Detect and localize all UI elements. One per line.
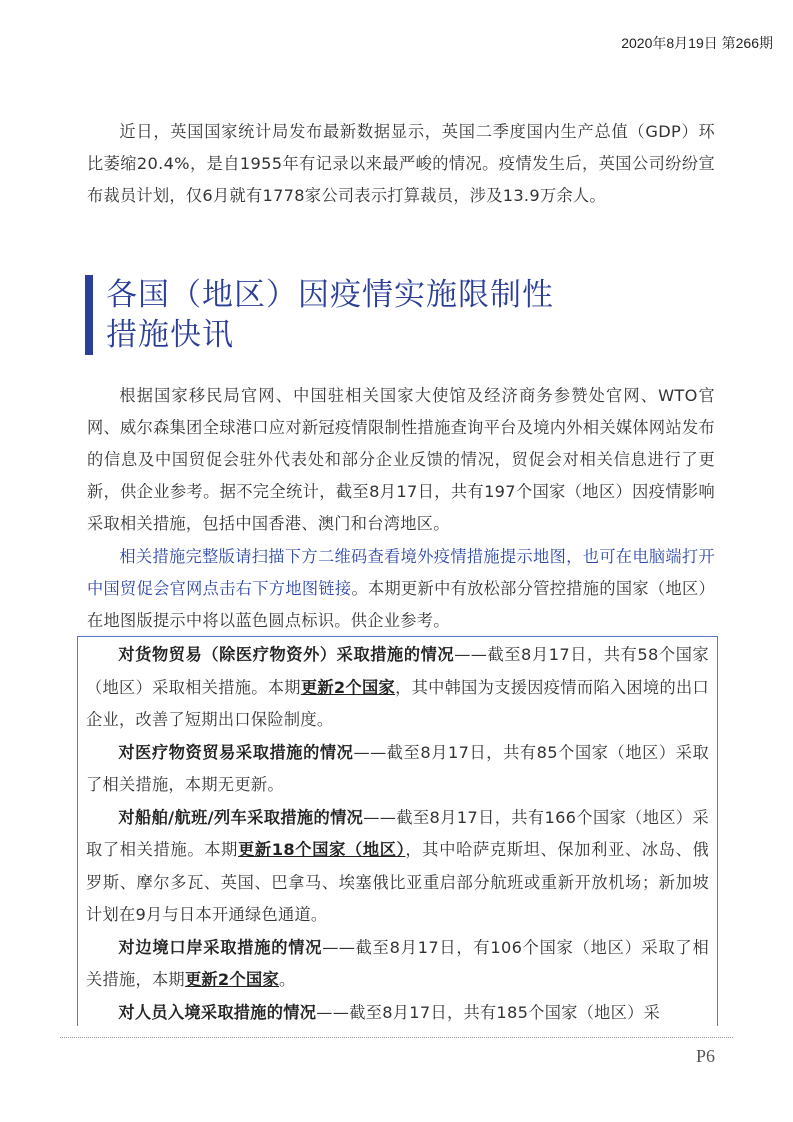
footer-divider [60, 1037, 733, 1038]
measure-heading: 对医疗物资贸易采取措施的情况 [118, 743, 353, 762]
measure-item-border-ports: 对边境口岸采取措施的情况——截至8月17日，有106个国家（地区）采取了相关措施… [78, 932, 717, 997]
issue-date-header: 2020年8月19日 第266期 [621, 33, 773, 53]
measure-update-highlight: 更新2个国家 [185, 970, 279, 989]
section-title: 各国（地区）因疫情实施限制性措施快讯 [85, 275, 576, 355]
measure-item-transport: 对船舶/航班/列车采取措施的情况——截至8月17日，共有166个国家（地区）采取… [78, 802, 717, 932]
measure-text: ——截至8月17日，共有185个国家（地区）采 [316, 1003, 660, 1022]
measure-item-personnel-entry: 对人员入境采取措施的情况——截至8月17日，共有185个国家（地区）采 [78, 997, 717, 1030]
measure-update-highlight: 更新18个国家（地区） [238, 840, 405, 859]
measure-heading: 对边境口岸采取措施的情况 [118, 938, 322, 957]
measures-summary-box: 对货物贸易（除医疗物资外）采取措施的情况——截至8月17日，共有58个国家（地区… [77, 636, 718, 1026]
measure-item-medical-trade: 对医疗物资贸易采取措施的情况——截至8月17日，共有85个国家（地区）采取了相关… [78, 737, 717, 802]
page-number: P6 [696, 1046, 715, 1067]
measure-text-after: 。 [279, 970, 296, 989]
measure-heading: 对人员入境采取措施的情况 [118, 1003, 316, 1022]
note-paragraph: 相关措施完整版请扫描下方二维码查看境外疫情措施提示地图，也可在电脑端打开中国贸促… [87, 541, 715, 637]
source-paragraph: 根据国家移民局官网、中国驻相关国家大使馆及经济商务参赞处官网、WTO官网、威尔森… [87, 380, 715, 540]
intro-paragraph: 近日，英国国家统计局发布最新数据显示，英国二季度国内生产总值（GDP）环比萎缩2… [87, 116, 715, 212]
measure-heading: 对货物贸易（除医疗物资外）采取措施的情况 [118, 645, 454, 664]
measure-item-goods-trade: 对货物贸易（除医疗物资外）采取措施的情况——截至8月17日，共有58个国家（地区… [78, 639, 717, 737]
measure-update-highlight: 更新2个国家 [301, 678, 395, 697]
measure-heading: 对船舶/航班/列车采取措施的情况 [118, 808, 363, 827]
